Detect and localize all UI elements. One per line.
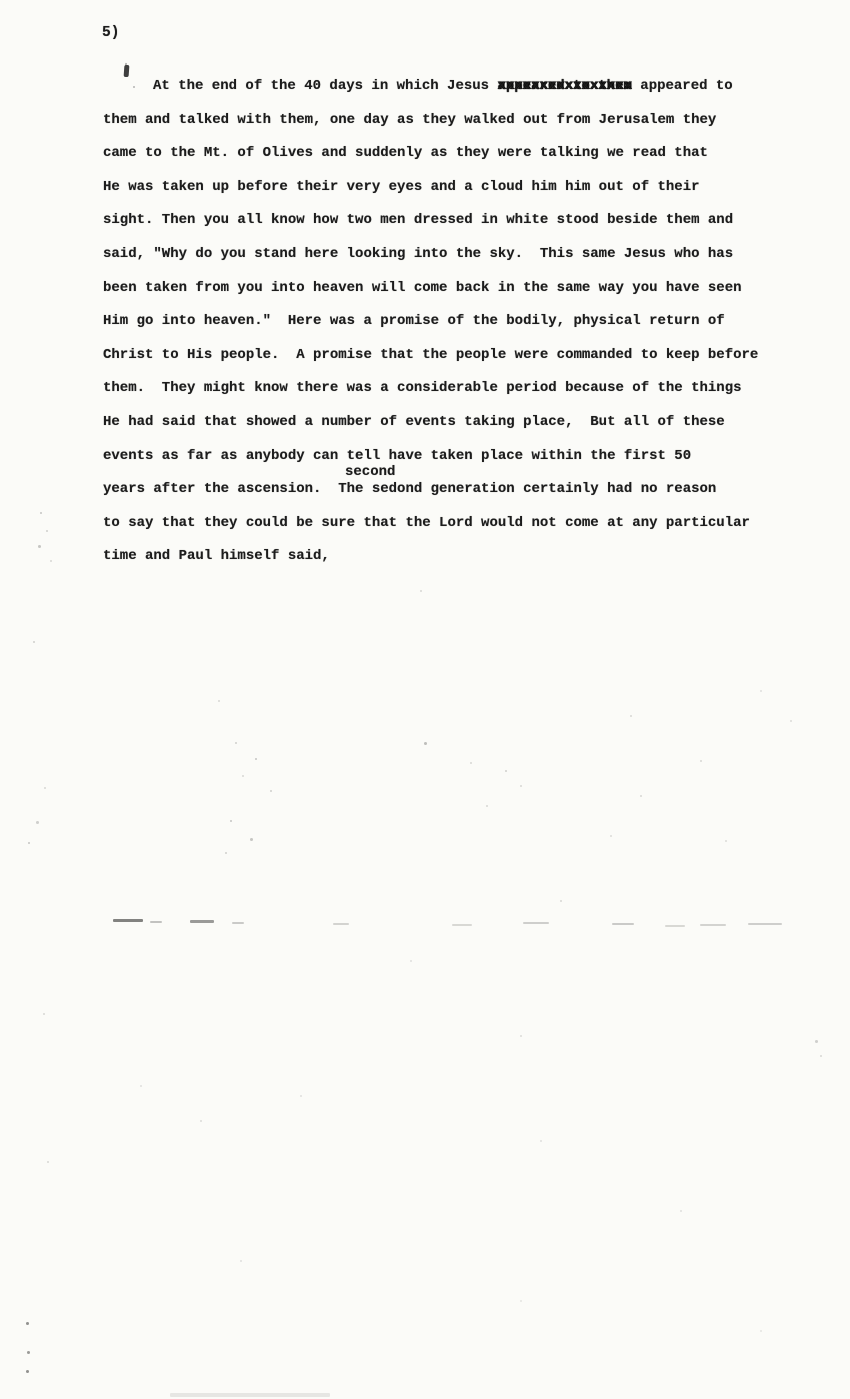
scan-speck	[133, 86, 135, 88]
smudge-mark	[113, 919, 143, 922]
scan-speck	[26, 1322, 29, 1325]
scan-speck	[424, 742, 427, 745]
text-line: them and talked with them, one day as th…	[103, 104, 803, 138]
scan-speck	[560, 900, 562, 902]
text-line: years after the ascension. The sedond ge…	[103, 473, 803, 507]
text-segment: Christ to His people. A promise that the…	[103, 347, 758, 363]
text-segment: to say that they could be sure that the …	[103, 515, 750, 531]
scan-speck	[640, 795, 642, 797]
text-segment: came to the Mt. of Olives and suddenly a…	[103, 145, 708, 161]
scan-speck	[27, 1351, 30, 1354]
text-line: been taken from you into heaven will com…	[103, 272, 803, 306]
scan-speck	[235, 742, 237, 744]
struck-out-word: appeared to themxxxxxxxxxxxxxxxx	[497, 70, 631, 104]
scan-speck	[410, 960, 412, 962]
text-segment: At the end of the 40 days in which Jesus	[153, 78, 497, 94]
scan-speck	[815, 1040, 818, 1043]
smudge-mark	[190, 920, 214, 923]
scan-speck	[218, 700, 220, 702]
text-line: to say that they could be sure that the …	[103, 507, 803, 541]
text-segment: time and Paul himself said,	[103, 548, 330, 564]
text-line: time and Paul himself said,	[103, 540, 803, 574]
scan-speck	[270, 790, 272, 792]
text-line: came to the Mt. of Olives and suddenly a…	[103, 137, 803, 171]
scan-speck	[38, 545, 41, 548]
scan-speck	[760, 690, 762, 692]
scan-speck	[230, 820, 232, 822]
scan-speck	[470, 762, 472, 764]
scan-speck	[540, 1140, 542, 1142]
smudge-mark	[700, 924, 726, 926]
scan-speck	[300, 1095, 302, 1097]
text-segment: them and talked with them, one day as th…	[103, 112, 716, 128]
scan-speck	[420, 590, 422, 592]
text-line: Him go into heaven." Here was a promise …	[103, 305, 803, 339]
interlinear-correction: second	[345, 456, 395, 490]
text-segment: Him go into heaven." Here was a promise …	[103, 313, 725, 329]
scan-speck	[33, 641, 35, 643]
text-segment: He had said that showed a number of even…	[103, 414, 725, 430]
scan-speck	[255, 758, 257, 760]
text-line: He was taken up before their very eyes a…	[103, 171, 803, 205]
scan-speck	[28, 842, 30, 844]
scan-speck	[26, 1370, 29, 1373]
scan-speck	[43, 1013, 45, 1015]
scan-speck	[630, 715, 632, 717]
scan-speck	[680, 1210, 682, 1212]
smudge-mark	[612, 923, 634, 925]
text-segment: events as far as anybody can tell have t…	[103, 448, 691, 464]
scan-speck	[250, 838, 253, 841]
scan-speck	[225, 852, 227, 854]
text-segment: years after the ascension. The sedond ge…	[103, 481, 716, 497]
scan-speck	[610, 835, 612, 837]
scan-speck	[725, 840, 727, 842]
text-segment: sight. Then you all know how two men dre…	[103, 212, 733, 228]
scan-speck	[40, 512, 42, 514]
typewritten-text: At the end of the 40 days in which Jesus…	[103, 70, 803, 574]
smudge-mark	[150, 921, 162, 923]
text-segment: appeared to	[632, 78, 733, 94]
text-line: said, "Why do you stand here looking int…	[103, 238, 803, 272]
smudge-mark	[170, 1393, 330, 1397]
scan-speck	[50, 560, 52, 562]
scanned-typewritten-page: 5) At the end of the 40 days in which Je…	[0, 0, 850, 1399]
smudge-mark	[232, 922, 244, 924]
scan-speck	[520, 1035, 522, 1037]
text-line: He had said that showed a number of even…	[103, 406, 803, 440]
scan-speck	[36, 821, 39, 824]
scan-speck	[140, 1085, 142, 1087]
scan-speck	[790, 720, 792, 722]
scan-speck	[700, 760, 702, 762]
text-segment: them. They might know there was a consid…	[103, 380, 742, 396]
page-number: 5)	[102, 25, 119, 41]
smudge-mark	[748, 923, 782, 925]
scan-speck	[820, 1055, 822, 1057]
scan-speck	[200, 1120, 202, 1122]
text-line: Christ to His people. A promise that the…	[103, 339, 803, 373]
text-line: sight. Then you all know how two men dre…	[103, 204, 803, 238]
text-line: At the end of the 40 days in which Jesus…	[103, 70, 803, 104]
text-line: events as far as anybody can tell have t…	[103, 440, 803, 474]
smudge-mark	[333, 923, 349, 925]
scan-speck	[240, 1260, 242, 1262]
scan-speck	[242, 775, 244, 777]
scan-speck	[760, 1330, 762, 1332]
scan-speck	[47, 1161, 49, 1163]
text-line: them. They might know there was a consid…	[103, 372, 803, 406]
smudge-mark	[452, 924, 472, 926]
scan-speck	[520, 785, 522, 787]
smudge-mark	[665, 925, 685, 927]
smudge-mark	[523, 922, 549, 924]
scan-speck	[46, 530, 48, 532]
text-segment: He was taken up before their very eyes a…	[103, 179, 700, 195]
text-segment: said, "Why do you stand here looking int…	[103, 246, 733, 262]
scan-speck	[486, 805, 488, 807]
scan-speck	[44, 787, 46, 789]
scan-speck	[520, 1300, 522, 1302]
scan-speck	[505, 770, 507, 772]
text-segment: been taken from you into heaven will com…	[103, 280, 742, 296]
